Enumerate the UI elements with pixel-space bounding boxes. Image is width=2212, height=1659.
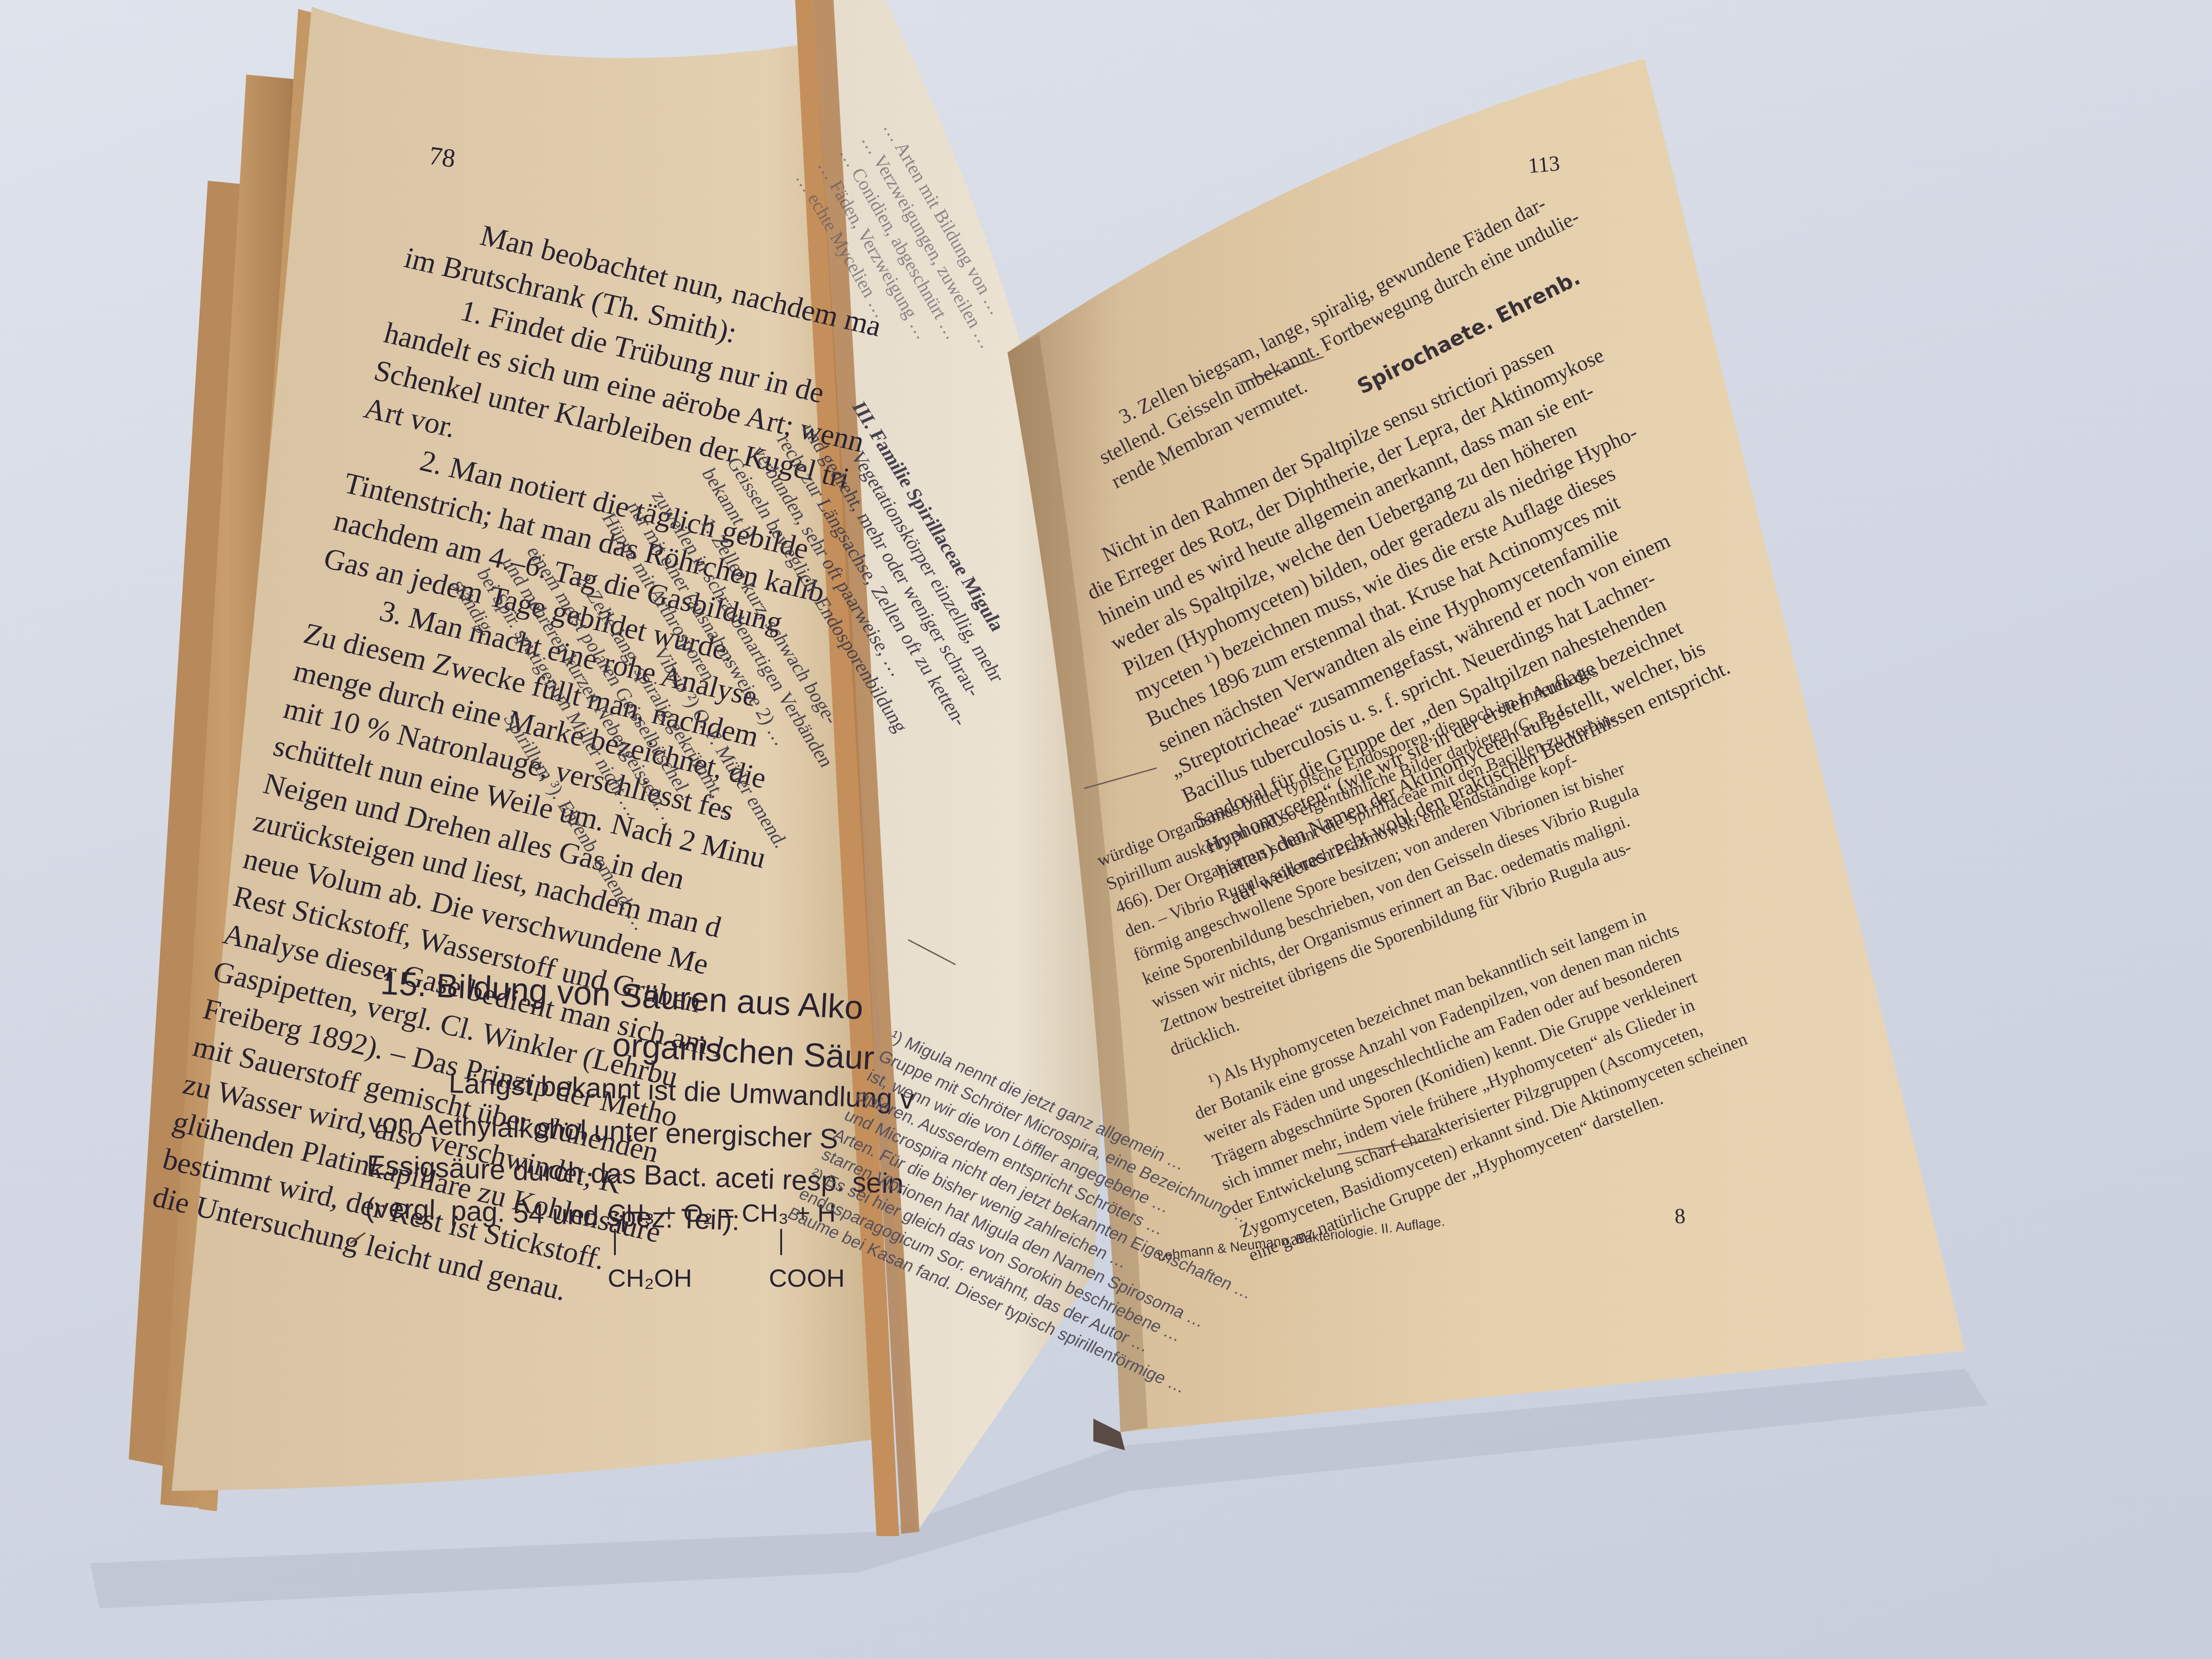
right-page-number: 113 xyxy=(1527,151,1561,178)
formula-bottom-left: CH₂OH xyxy=(608,1264,692,1292)
formula-bottom-right: COOH xyxy=(769,1264,845,1292)
bond-line xyxy=(614,1229,616,1255)
signature-number: 8 xyxy=(1674,1204,1686,1229)
left-page-number: 78 xyxy=(427,140,458,173)
bond-line xyxy=(780,1229,782,1255)
